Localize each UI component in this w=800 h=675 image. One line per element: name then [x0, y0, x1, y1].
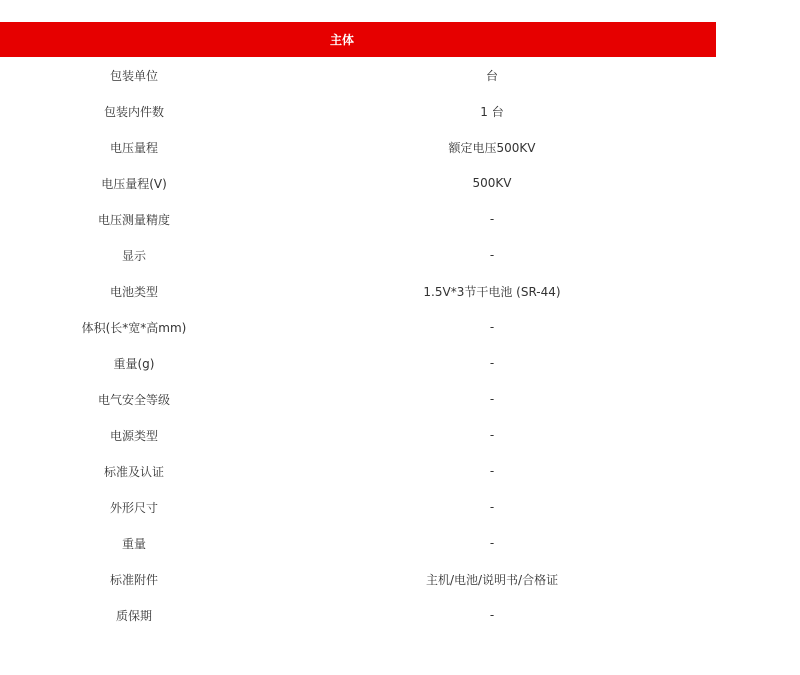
spec-row-warranty: 质保期 - — [0, 597, 716, 633]
spec-row-weight-g: 重量(g) - — [0, 345, 716, 381]
spec-row-volume: 体积(长*宽*高mm) - — [0, 309, 716, 345]
section-header-row: 主体 — [0, 22, 716, 57]
spec-value: - — [268, 381, 716, 417]
spec-label: 标准及认证 — [0, 453, 268, 489]
spec-row-dimensions: 外形尺寸 - — [0, 489, 716, 525]
spec-row-weight: 重量 - — [0, 525, 716, 561]
spec-label: 体积(长*宽*高mm) — [0, 309, 268, 345]
spec-label: 包装单位 — [0, 57, 268, 93]
spec-row-battery-type: 电池类型 1.5V*3节干电池 (SR-44) — [0, 273, 716, 309]
section-title: 主体 — [330, 33, 354, 47]
spec-label: 外形尺寸 — [0, 489, 268, 525]
spec-value: 台 — [268, 57, 716, 93]
spec-value: - — [268, 201, 716, 237]
spec-value: - — [268, 489, 716, 525]
spec-row-package-unit: 包装单位 台 — [0, 57, 716, 93]
spec-value: 1 台 — [268, 93, 716, 129]
spec-row-voltage-range-v: 电压量程(V) 500KV — [0, 165, 716, 201]
spec-value: - — [268, 237, 716, 273]
spec-label: 重量 — [0, 525, 268, 561]
spec-value: - — [268, 525, 716, 561]
spec-row-voltage-range: 电压量程 额定电压500KV — [0, 129, 716, 165]
spec-value: 额定电压500KV — [268, 129, 716, 165]
spec-row-voltage-accuracy: 电压测量精度 - — [0, 201, 716, 237]
spec-value: - — [268, 597, 716, 633]
spec-label: 电压量程 — [0, 129, 268, 165]
spec-value: - — [268, 417, 716, 453]
spec-table: 主体 包装单位 台 包装内件数 1 台 电压量程 额定电压500KV 电压量程(… — [0, 22, 716, 633]
spec-label: 质保期 — [0, 597, 268, 633]
spec-row-package-count: 包装内件数 1 台 — [0, 93, 716, 129]
spec-label: 显示 — [0, 237, 268, 273]
spec-value: - — [268, 345, 716, 381]
spec-label: 电压量程(V) — [0, 165, 268, 201]
spec-value: 主机/电池/说明书/合格证 — [268, 561, 716, 597]
spec-label: 包装内件数 — [0, 93, 268, 129]
spec-label: 标准附件 — [0, 561, 268, 597]
spec-row-power-type: 电源类型 - — [0, 417, 716, 453]
spec-row-safety-level: 电气安全等级 - — [0, 381, 716, 417]
spec-value: - — [268, 453, 716, 489]
spec-value: 500KV — [268, 165, 716, 201]
spec-label: 电池类型 — [0, 273, 268, 309]
spec-row-accessories: 标准附件 主机/电池/说明书/合格证 — [0, 561, 716, 597]
spec-row-display: 显示 - — [0, 237, 716, 273]
spec-row-certification: 标准及认证 - — [0, 453, 716, 489]
spec-label: 电气安全等级 — [0, 381, 268, 417]
spec-value: 1.5V*3节干电池 (SR-44) — [268, 273, 716, 309]
spec-label: 重量(g) — [0, 345, 268, 381]
spec-value: - — [268, 309, 716, 345]
section-header: 主体 — [0, 22, 716, 57]
spec-label: 电压测量精度 — [0, 201, 268, 237]
spec-label: 电源类型 — [0, 417, 268, 453]
